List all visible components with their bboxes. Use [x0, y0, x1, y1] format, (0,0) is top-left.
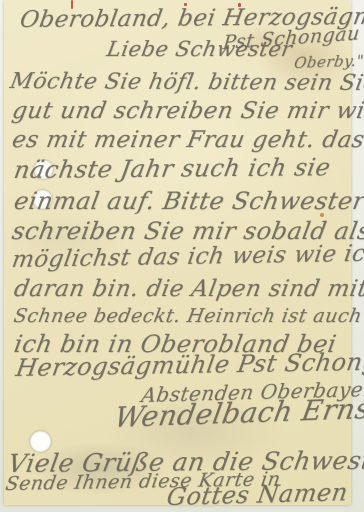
body-line: nächste Jahr such ich sie: [12, 154, 333, 183]
body-line: schreiben Sie mir sobald als: [10, 218, 364, 244]
body-line: einmal auf. Bitte Schwester: [12, 188, 364, 214]
body-line: Schnee bedeckt. Heinrich ist auch da.: [12, 306, 364, 327]
postcard-paper: Oberobland, bei Herzogsägmühl Pst Schong…: [4, 0, 351, 505]
body-line: Möchte Sie höfl. bitten sein Sie so: [8, 70, 364, 96]
signature: Wendelbach Ernst: [112, 393, 364, 433]
body-line: möglichst das ich weis wie ich: [10, 241, 364, 273]
dedication-line: Gottes Namen: [165, 479, 350, 510]
body-line: daran bin. die Alpen sind mit: [12, 277, 364, 302]
salutation: Liebe Schwester: [105, 38, 294, 61]
body-line: gut und schreiben Sie mir wie: [10, 99, 364, 124]
body-line: Herzogsägmühle Pst Schongau: [14, 348, 364, 381]
body-line: es mit meiner Frau geht. das: [10, 128, 364, 153]
region-note: Oberby.": [293, 52, 364, 71]
scanned-postcard: Oberobland, bei Herzogsägmühl Pst Schong…: [0, 0, 364, 512]
